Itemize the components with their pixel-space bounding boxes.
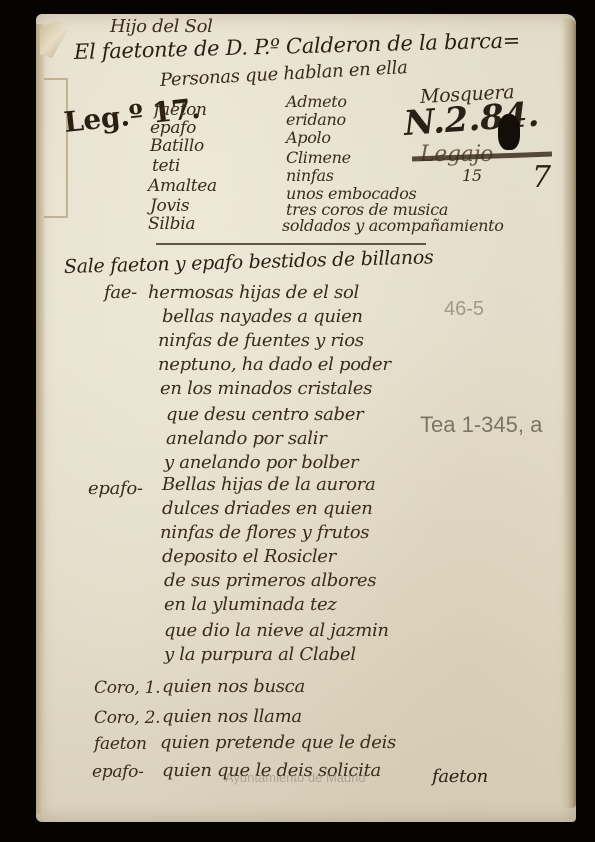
verse-line: quien nos llama: [162, 706, 302, 727]
speaker-label: epafo-: [88, 478, 143, 499]
torn-corner: [40, 20, 70, 58]
small-digits: 15: [462, 166, 482, 185]
catchword: faeton: [432, 766, 488, 787]
verse-line: en la yluminada tez: [164, 594, 337, 615]
cast-name: ninfas: [286, 166, 334, 185]
cast-name: soldados y acompañamiento: [282, 216, 504, 235]
shelfmark-pencil: Tea 1-345, a: [420, 412, 542, 438]
cast-name: eridano: [286, 110, 346, 129]
verse-line: anelando por salir: [166, 428, 327, 449]
verse-line: que desu centro saber: [166, 404, 363, 425]
cast-name: Apolo: [286, 128, 331, 147]
verse-line: quien pretende que le deis: [160, 732, 396, 753]
cast-name: Jovis: [150, 196, 189, 216]
cast-name: Batillo: [150, 136, 204, 156]
cast-name: Admeto: [286, 92, 347, 111]
verse-line: de sus primeros albores: [164, 570, 376, 591]
cast-name: teti: [152, 156, 180, 176]
verse-line: quien nos busca: [162, 676, 305, 697]
verse-line: Bellas hijas de la aurora: [162, 474, 375, 495]
verse-line: deposito el Rosicler: [162, 546, 336, 567]
divider-rule: [156, 243, 426, 245]
page-right-edge: [562, 18, 576, 808]
verse-line: bellas nayades a quien: [162, 306, 363, 327]
pencil-number: 46-5: [444, 298, 484, 321]
speaker-label: Coro, 2.: [94, 708, 160, 728]
verse-line: que dio la nieve al jazmin: [164, 620, 389, 641]
ink-blot: [498, 114, 520, 150]
cast-name: epafo: [150, 118, 196, 138]
cast-name: Silbia: [148, 214, 195, 234]
cast-name: Climene: [286, 148, 351, 167]
subtitle: Hijo del Sol: [110, 16, 213, 37]
verse-line: neptuno, ha dado el poder: [158, 354, 391, 375]
verse-line: y la purpura al Clabel: [164, 644, 356, 665]
cast-name: Amaltea: [148, 176, 217, 196]
speaker-label: epafo-: [92, 762, 144, 782]
binding-strip: [44, 78, 68, 218]
verse-line: hermosas hijas de el sol: [148, 282, 359, 303]
watermark: Ayuntamiento de Madrid: [225, 770, 366, 785]
speaker-label: fae-: [104, 282, 137, 303]
large-seven: 7: [532, 160, 551, 195]
cast-name: faeton: [154, 100, 207, 120]
verse-line: en los minados cristales: [160, 378, 372, 399]
speaker-label: faeton: [94, 734, 147, 754]
verse-line: ninfas de fuentes y rios: [158, 330, 364, 351]
verse-line: ninfas de flores y frutos: [160, 522, 369, 543]
verse-line: dulces driades en quien: [162, 498, 373, 519]
verse-line: y anelando por bolber: [164, 452, 358, 473]
speaker-label: Coro, 1.: [94, 678, 160, 698]
